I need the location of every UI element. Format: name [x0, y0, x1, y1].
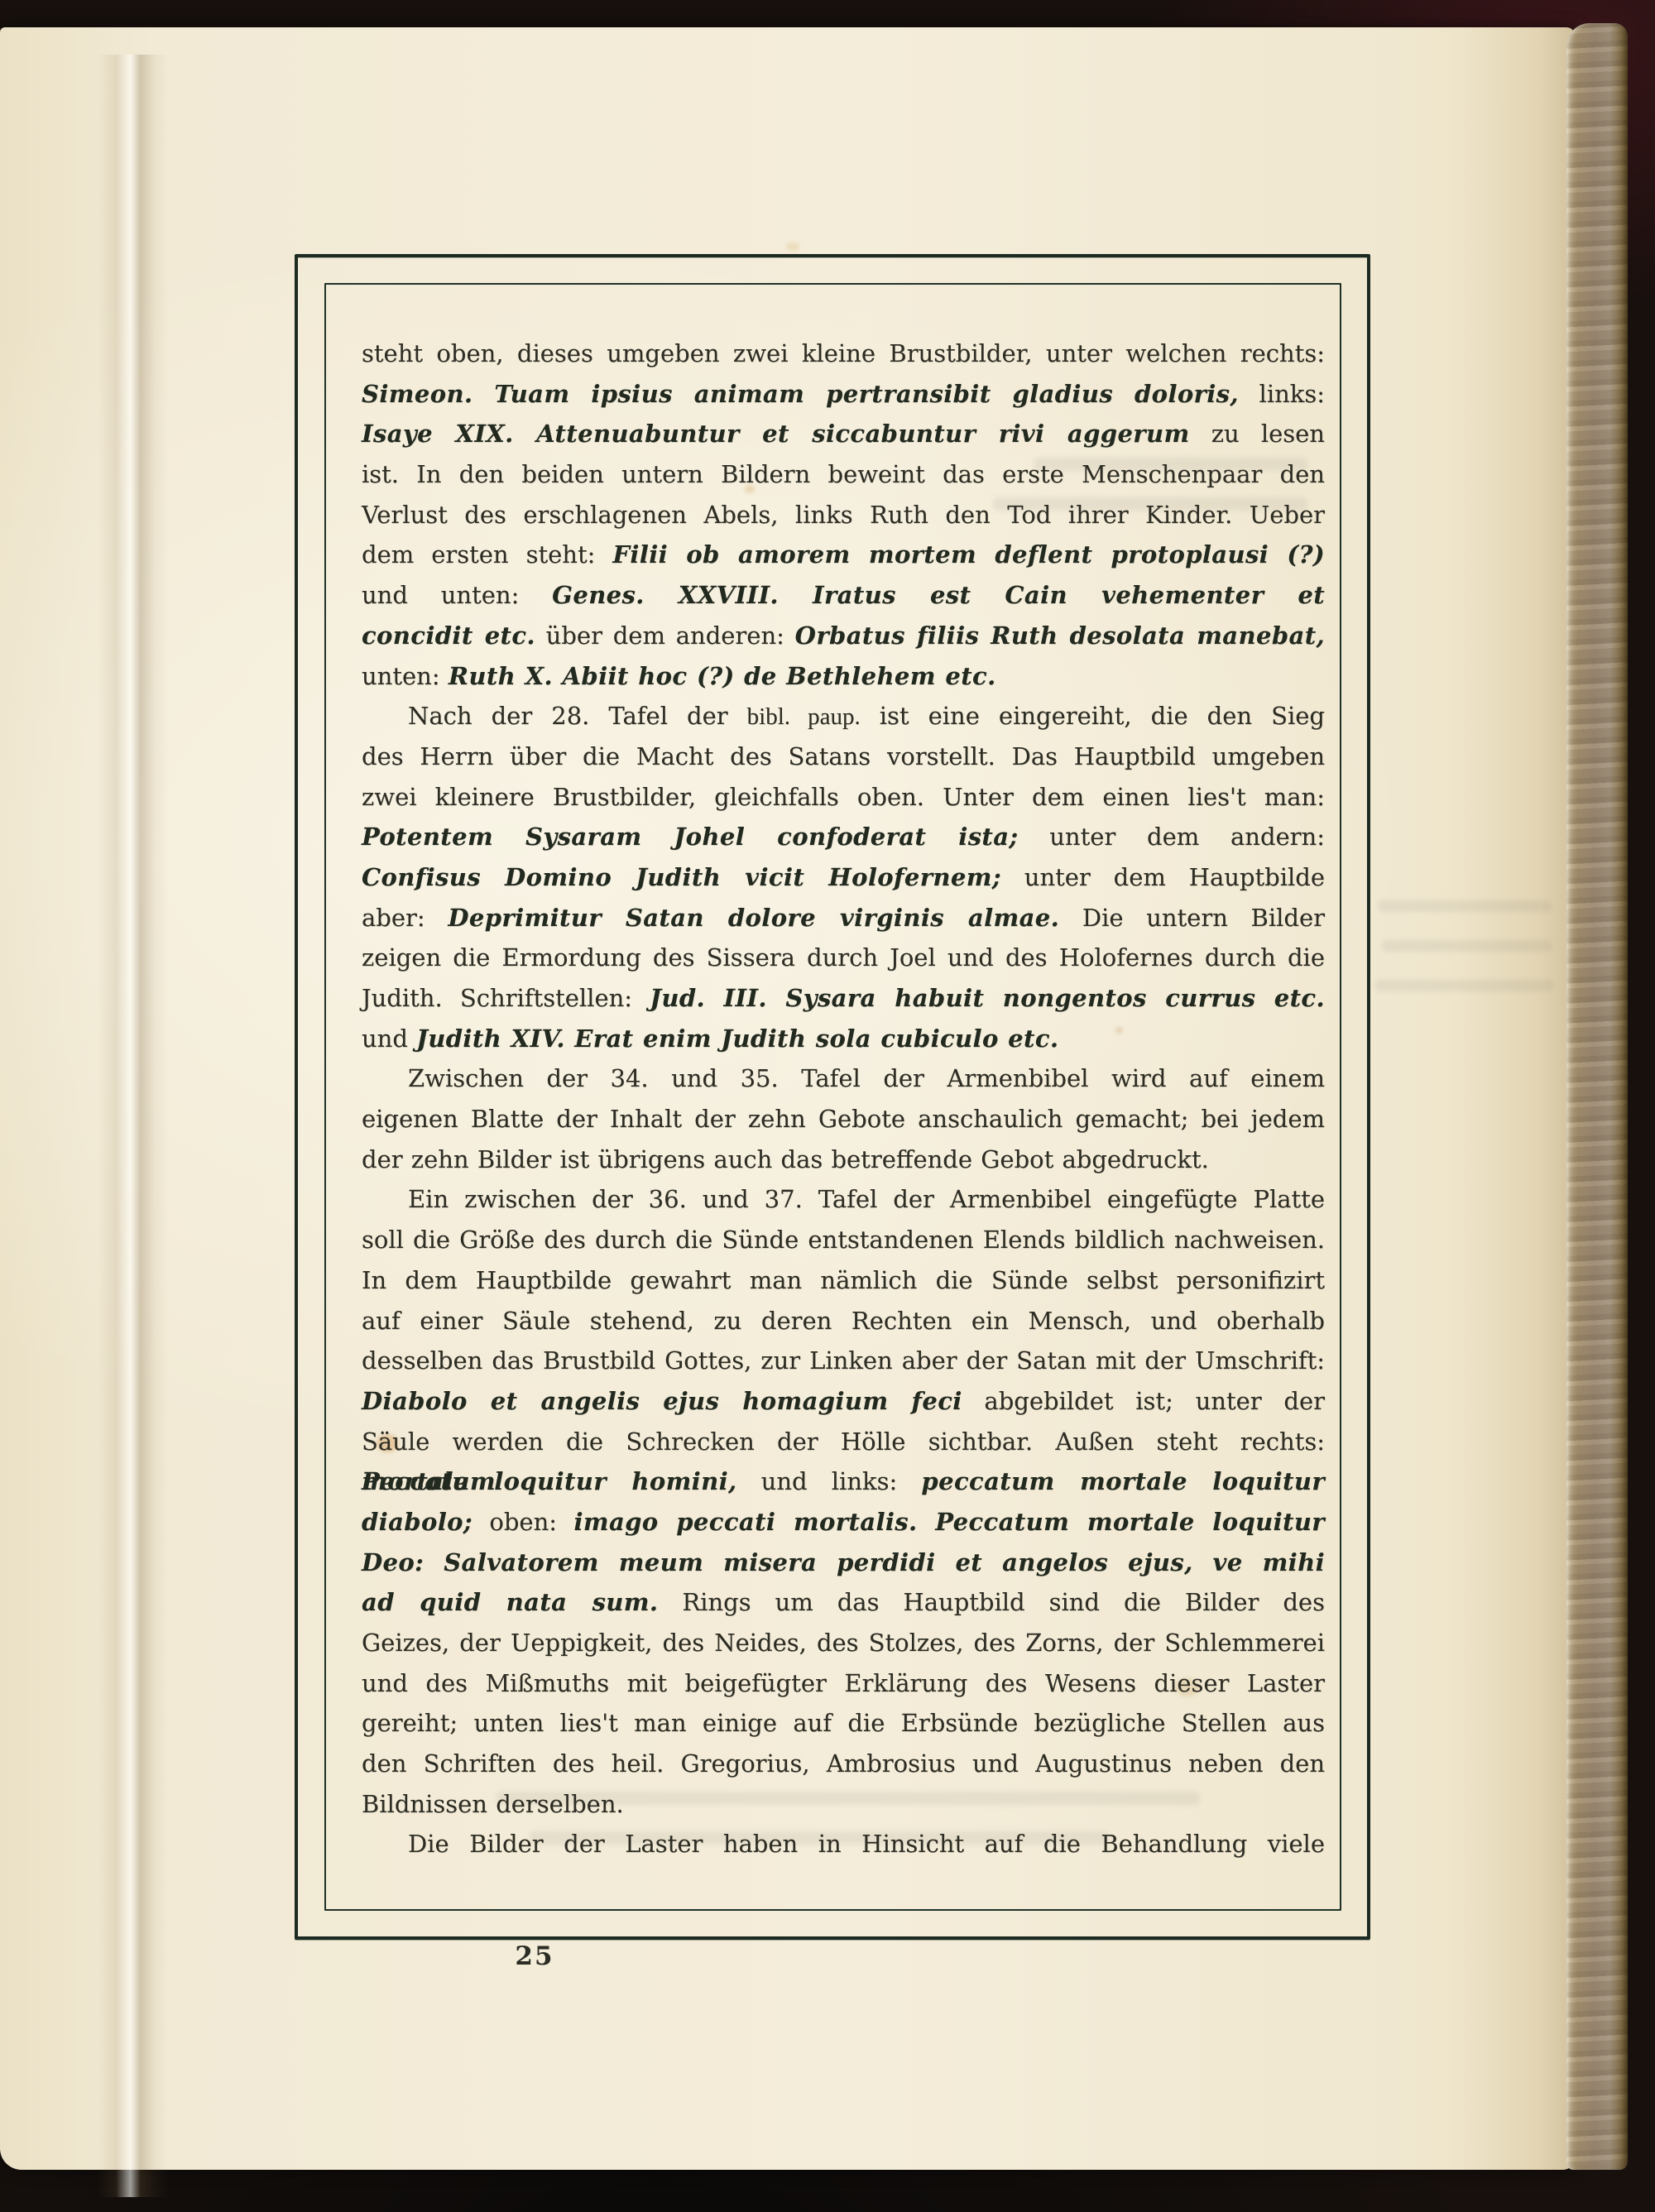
latin-emphasis-text: Diabolo et angelis ejus homagium feci: [362, 1387, 962, 1415]
body-text: Verlust des erschlagenen Abels, links Ru…: [362, 501, 1325, 529]
text-line: zeigen die Ermordung des Sissera durch J…: [362, 938, 1325, 978]
body-text: soll die Größe des durch die Sünde entst…: [362, 1226, 1325, 1254]
body-text: unten:: [362, 662, 449, 690]
text-line: Ein zwischen der 36. und 37. Tafel der A…: [362, 1179, 1325, 1220]
body-text: gereiht; unten lies't man einige auf die…: [362, 1709, 1325, 1737]
text-line: der zehn Bilder ist übrigens auch das be…: [362, 1140, 1325, 1180]
book-fore-edge: [1566, 23, 1628, 2170]
text-line: Nach der 28. Tafel der bibl. paup. ist e…: [362, 696, 1325, 737]
body-text: Rings um das Hauptbild sind die Bilder d…: [658, 1588, 1325, 1616]
foxing-stain: [786, 242, 799, 251]
latin-emphasis-text: Jud. III. Sysara habuit nongentos currus…: [650, 984, 1325, 1012]
body-text: auf einer Säule stehend, zu deren Rechte…: [362, 1307, 1325, 1335]
body-text: dem ersten steht:: [362, 540, 612, 569]
text-line: ad quid nata sum. Rings um das Hauptbild…: [362, 1582, 1325, 1623]
body-text: zeigen die Ermordung des Sissera durch J…: [362, 943, 1325, 972]
body-text: über dem anderen:: [535, 621, 795, 650]
text-line: Verlust des erschlagenen Abels, links Ru…: [362, 495, 1325, 535]
body-text: Nach der 28. Tafel der: [408, 702, 747, 730]
body-text: ist. In den beiden untern Bildern bewein…: [362, 460, 1325, 488]
text-line: und des Mißmuths mit beigefügter Erkläru…: [362, 1663, 1325, 1704]
latin-emphasis-text: ad quid nata sum.: [362, 1588, 658, 1616]
text-line: gereiht; unten lies't man einige auf die…: [362, 1703, 1325, 1744]
text-line: eigenen Blatte der Inhalt der zehn Gebot…: [362, 1099, 1325, 1140]
text-line: und Judith XIV. Erat enim Judith sola cu…: [362, 1019, 1325, 1059]
latin-emphasis-text: diabolo;: [362, 1508, 473, 1536]
body-text: abgebildet ist; unter der: [962, 1387, 1325, 1415]
body-text: unter dem Hauptbilde: [1001, 863, 1325, 891]
text-line: Potentem Sysaram Johel confoderat ista; …: [362, 817, 1325, 857]
text-line: auf einer Säule stehend, zu deren Rechte…: [362, 1301, 1325, 1341]
body-text: Bildnissen derselben.: [362, 1790, 624, 1818]
text-line: Judith. Schriftstellen: Jud. III. Sysara…: [362, 978, 1325, 1019]
text-line: des Herrn über die Macht des Satans vors…: [362, 737, 1325, 777]
body-text: des Herrn über die Macht des Satans vors…: [362, 742, 1325, 770]
body-text: der zehn Bilder ist übrigens auch das be…: [362, 1145, 1209, 1173]
text-line: Deo: Salvatorem meum misera perdidi et a…: [362, 1543, 1325, 1583]
latin-emphasis-text: Genes. XXVIII. Iratus est Cain vehemente…: [552, 581, 1325, 609]
text-line: Zwischen der 34. und 35. Tafel der Armen…: [362, 1058, 1325, 1099]
text-line: soll die Größe des durch die Sünde entst…: [362, 1220, 1325, 1260]
latin-emphasis-text: imago peccati mortalis. Peccatum mortale…: [573, 1508, 1325, 1536]
text-line: Isaye XIX. Attenuabuntur et siccabuntur …: [362, 414, 1325, 454]
text-line: Simeon. Tuam ipsius animam pertransibit …: [362, 374, 1325, 415]
body-text: desselben das Brustbild Gottes, zur Link…: [362, 1346, 1325, 1375]
latin-emphasis-text: Filii ob amorem mortem deflent protoplau…: [612, 540, 1325, 569]
body-text: Ein zwischen der 36. und 37. Tafel der A…: [408, 1185, 1325, 1213]
body-text: In dem Hauptbilde gewahrt man nämlich di…: [362, 1266, 1325, 1294]
body-text: ist eine eingereiht, die den Sieg: [861, 702, 1325, 730]
body-text: und links:: [737, 1467, 922, 1495]
text-line: ist. In den beiden untern Bildern bewein…: [362, 454, 1325, 495]
text-line: Die Bilder der Laster haben in Hinsicht …: [362, 1824, 1325, 1864]
body-text: Säule werden die Schrecken der Hölle sic…: [362, 1427, 1325, 1456]
text-line: Geizes, der Ueppigkeit, des Neides, des …: [362, 1623, 1325, 1663]
latin-emphasis-text: Deprimitur Satan dolore virginis almae.: [448, 904, 1059, 932]
text-line: steht oben, dieses umgeben zwei kleine B…: [362, 333, 1325, 374]
show-through-smudge: [1375, 980, 1553, 991]
body-text: bibl. paup.: [747, 703, 861, 730]
text-line: zwei kleinere Brustbilder, gleichfalls o…: [362, 777, 1325, 818]
page-edge-shading: [1459, 27, 1575, 2170]
text-line: Confisus Domino Judith vicit Holofernem;…: [362, 857, 1325, 898]
body-text: Judith. Schriftstellen:: [362, 984, 650, 1012]
body-text: Geizes, der Ueppigkeit, des Neides, des …: [362, 1629, 1325, 1657]
latin-emphasis-text: Isaye XIX. Attenuabuntur et siccabuntur …: [362, 420, 1190, 448]
body-text: eigenen Blatte der Inhalt der zehn Gebot…: [362, 1105, 1325, 1133]
body-text: zwei kleinere Brustbilder, gleichfalls o…: [362, 783, 1325, 811]
gutter-crease: [98, 55, 169, 2197]
show-through-smudge: [1378, 900, 1552, 912]
text-line: diabolo; oben: imago peccati mortalis. P…: [362, 1502, 1325, 1543]
text-line: den Schriften des heil. Gregorius, Ambro…: [362, 1744, 1325, 1784]
text-line: Bildnissen derselben.: [362, 1784, 1325, 1825]
body-text: oben:: [473, 1508, 573, 1536]
text-line: mortale loquitur homini, und links: pecc…: [362, 1461, 1325, 1502]
latin-emphasis-text: Judith XIV. Erat enim Judith sola cubicu…: [416, 1024, 1058, 1053]
body-text: links:: [1239, 380, 1325, 408]
body-text: den Schriften des heil. Gregorius, Ambro…: [362, 1749, 1325, 1778]
body-text: und: [362, 1024, 416, 1053]
latin-emphasis-text: Ruth X. Abiit hoc (?) de Bethlehem etc.: [449, 662, 996, 690]
body-text: und unten:: [362, 581, 552, 609]
latin-emphasis-text: peccatum mortale loquitur: [921, 1467, 1325, 1495]
text-line: Säule werden die Schrecken der Hölle sic…: [362, 1422, 1325, 1462]
text-line: dem ersten steht: Filii ob amorem mortem…: [362, 535, 1325, 575]
latin-emphasis-text: mortale loquitur homini,: [362, 1467, 737, 1495]
text-line: desselben das Brustbild Gottes, zur Link…: [362, 1341, 1325, 1381]
latin-emphasis-text: concidit etc.: [362, 621, 535, 650]
body-text: zu lesen: [1190, 420, 1325, 448]
page-number: 25: [510, 1941, 559, 1971]
body-text: unter dem andern:: [1019, 823, 1325, 851]
text-line: In dem Hauptbilde gewahrt man nämlich di…: [362, 1260, 1325, 1301]
show-through-smudge: [1382, 940, 1552, 952]
text-block: steht oben, dieses umgeben zwei kleine B…: [362, 333, 1325, 1864]
latin-emphasis-text: Confisus Domino Judith vicit Holofernem;: [362, 863, 1001, 891]
body-text: Die Bilder der Laster haben in Hinsicht …: [408, 1830, 1325, 1858]
body-text: Zwischen der 34. und 35. Tafel der Armen…: [408, 1064, 1325, 1092]
body-text: steht oben, dieses umgeben zwei kleine B…: [362, 339, 1325, 367]
latin-emphasis-text: Potentem Sysaram Johel confoderat ista;: [362, 823, 1019, 851]
body-text: Die untern Bilder: [1059, 904, 1325, 932]
text-line: concidit etc. über dem anderen: Orbatus …: [362, 616, 1325, 656]
text-line: Diabolo et angelis ejus homagium feci ab…: [362, 1381, 1325, 1422]
latin-emphasis-text: Orbatus filiis Ruth desolata manebat,: [795, 621, 1325, 650]
latin-emphasis-text: Simeon. Tuam ipsius animam pertransibit …: [362, 380, 1239, 408]
scanned-book-page: steht oben, dieses umgeben zwei kleine B…: [0, 0, 1655, 2212]
text-line: und unten: Genes. XXVIII. Iratus est Cai…: [362, 575, 1325, 616]
text-line: unten: Ruth X. Abiit hoc (?) de Bethlehe…: [362, 656, 1325, 697]
latin-emphasis-text: Deo: Salvatorem meum misera perdidi et a…: [362, 1548, 1325, 1576]
text-line: aber: Deprimitur Satan dolore virginis a…: [362, 898, 1325, 938]
body-text: und des Mißmuths mit beigefügter Erkläru…: [362, 1669, 1325, 1697]
body-text: aber:: [362, 904, 448, 932]
